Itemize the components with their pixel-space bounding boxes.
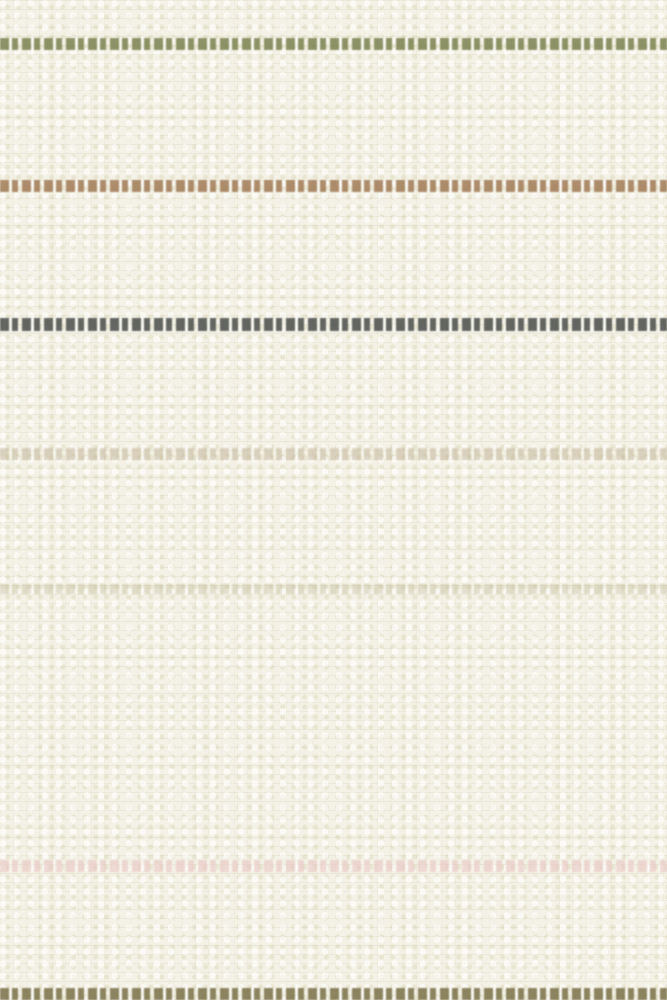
shag-rug-texture <box>0 0 667 1000</box>
stripe-charcoal-gray <box>0 318 667 331</box>
stripe-tan-brown <box>0 180 667 192</box>
stripe-faint-pink <box>0 860 667 872</box>
stripe-olive-green <box>0 38 667 50</box>
stripe-faint-beige <box>0 584 667 594</box>
stripe-faint-taupe <box>0 448 667 460</box>
stripe-olive-brown <box>0 988 667 1000</box>
